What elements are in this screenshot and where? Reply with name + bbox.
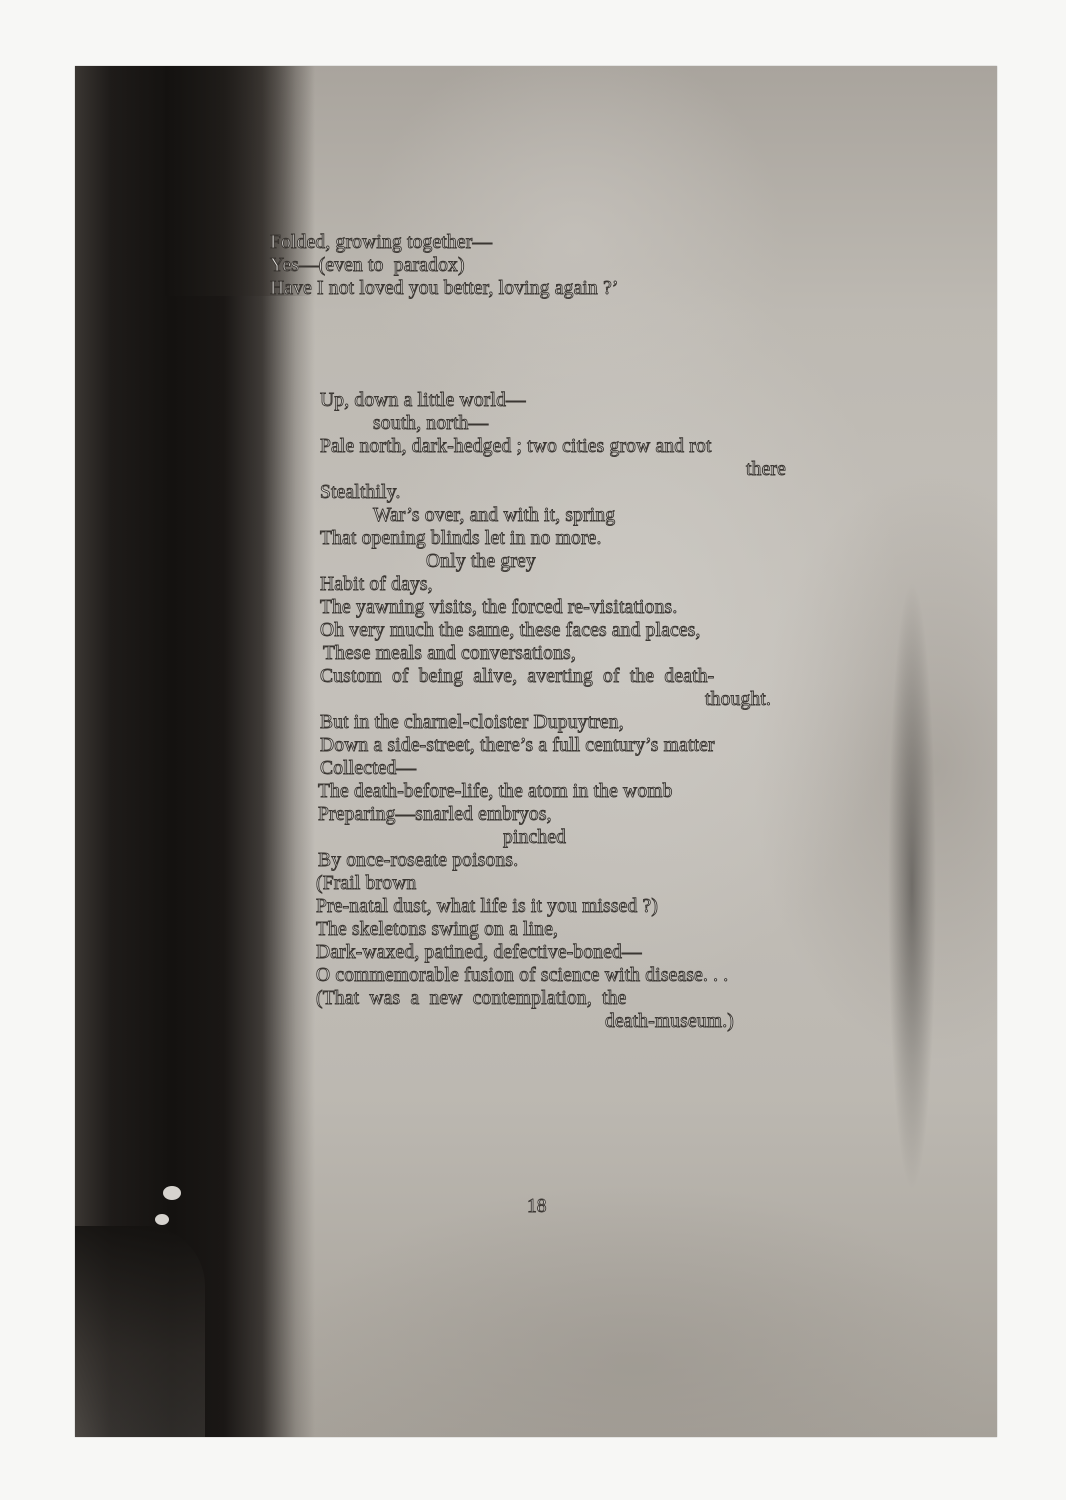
poem-line: (That was a new contemplation, the — [316, 988, 627, 1010]
poem-line: Oh very much the same, these faces and p… — [320, 620, 701, 642]
poem-line: War’s over, and with it, spring — [373, 505, 615, 527]
poem-line: Pale north, dark-hedged ; two cities gro… — [320, 436, 712, 458]
poem-page-print: Folded, growing together— Yes—(even to p… — [75, 66, 997, 1437]
poem-text: Folded, growing together— Yes—(even to p… — [75, 66, 997, 1437]
poem-line: The skeletons swing on a line, — [316, 919, 558, 941]
poem-line: thought. — [705, 689, 771, 711]
poem-line: Stealthily. — [320, 482, 401, 504]
poem-line: Dark-waxed, patined, defective-boned— — [316, 942, 642, 964]
poem-line: pinched — [503, 827, 566, 849]
poem-line: south, north— — [373, 413, 488, 435]
poem-line: Custom of being alive, averting of the d… — [320, 666, 714, 688]
poem-line: That opening blinds let in no more. — [320, 528, 602, 550]
poem-line: there — [746, 459, 786, 481]
poem-line: Have I not loved you better, loving agai… — [270, 278, 619, 300]
poem-line: Habit of days, — [320, 574, 433, 596]
poem-line: These meals and conversations, — [323, 643, 576, 665]
poem-line: death-museum.) — [605, 1011, 734, 1033]
poem-line: Pre-natal dust, what life is it you miss… — [316, 896, 658, 918]
poem-line: Up, down a little world— — [320, 390, 526, 412]
poem-line: Preparing—snarled embryos, — [318, 804, 552, 826]
poem-line: Folded, growing together— — [270, 232, 492, 254]
poem-line: O commemorable fusion of science with di… — [316, 965, 728, 987]
poem-line: Collected— — [320, 758, 416, 780]
page-number: 18 — [527, 1196, 547, 1218]
poem-line: But in the charnel-cloister Dupuytren, — [320, 712, 624, 734]
poem-line: (Frail brown — [316, 873, 416, 895]
poem-line: By once-roseate poisons. — [318, 850, 518, 872]
poem-line: The yawning visits, the forced re-visita… — [320, 597, 677, 619]
poem-line: Only the grey — [426, 551, 536, 573]
poem-line: Down a side-street, there’s a full centu… — [320, 735, 715, 757]
poem-line: Yes—(even to paradox) — [270, 255, 465, 277]
poem-line: The death-before-life, the atom in the w… — [318, 781, 673, 803]
